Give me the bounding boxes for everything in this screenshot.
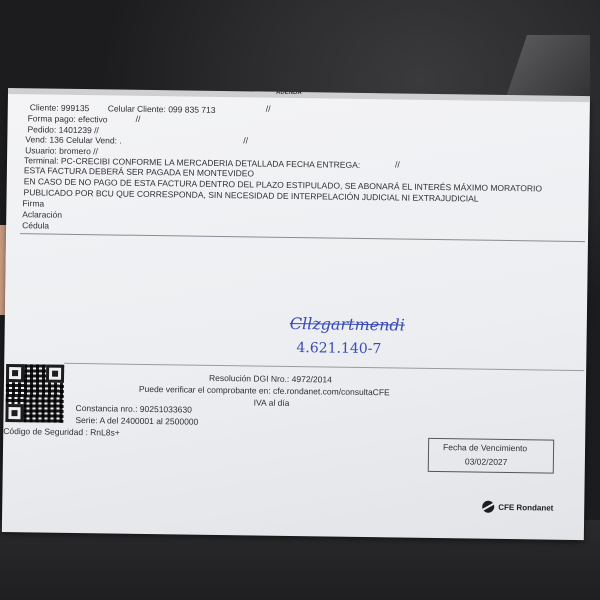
- cliente-field: Cliente: 999135: [30, 102, 90, 113]
- cedula-label: Cédula: [22, 220, 49, 230]
- separator: //: [266, 104, 271, 114]
- rondanet-logo-icon: [482, 501, 494, 513]
- qr-code: [5, 364, 64, 423]
- verificar-text: Puede verificar el comprobante en: cfe.r…: [139, 384, 390, 398]
- vencimiento-fecha: 03/02/2027: [465, 456, 508, 467]
- footer-divider: [64, 363, 584, 371]
- divider: [20, 233, 585, 242]
- invoice-paper: ADENDA Cliente: 999135 Celular Cliente: …: [2, 92, 590, 540]
- celular-cliente-field: Celular Cliente: 099 835 713: [108, 103, 216, 115]
- separator: //: [395, 159, 400, 169]
- firma-label: Firma: [22, 198, 44, 208]
- vend-field: Vend: 136 Celular Vend: .: [25, 134, 122, 145]
- vencimiento-box: Fecha de Vencimiento 03/02/2027: [428, 438, 554, 474]
- brand-logo: CFE Rondanet: [482, 501, 553, 514]
- resolucion-text: Resolución DGI Nro.: 4972/2014: [209, 373, 332, 385]
- handwritten-id: 4.621.140-7: [296, 340, 381, 357]
- constancia-text: Constancia nro.: 90251033630: [76, 403, 192, 415]
- forma-pago-field: Forma pago: efectivo: [28, 113, 108, 124]
- iva-text: IVA al día: [254, 397, 290, 407]
- handwritten-signature: Cllzgartmendi: [290, 314, 405, 335]
- header-cut-text: ADENDA: [276, 90, 302, 96]
- serie-text: Serie: A del 2400001 al 2500000: [75, 415, 198, 427]
- aclaracion-label: Aclaración: [22, 209, 62, 220]
- separator: //: [136, 114, 141, 124]
- codigo-seguridad-text: Código de Seguridad : RnL8s+: [3, 426, 120, 438]
- vencimiento-label: Fecha de Vencimiento: [443, 442, 527, 453]
- brand-name: CFE Rondanet: [498, 502, 553, 512]
- separator: //: [243, 135, 248, 145]
